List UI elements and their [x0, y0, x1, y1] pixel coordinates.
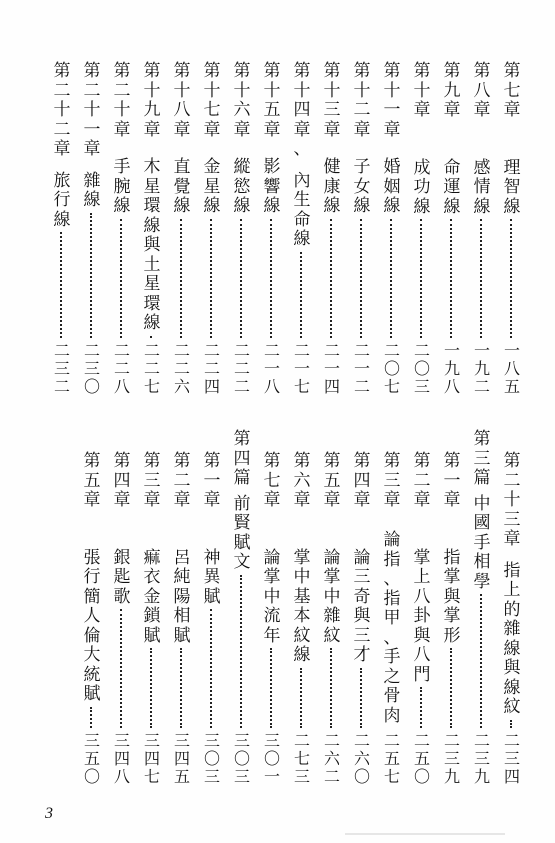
leader-dots [420, 687, 424, 728]
leader-dots [510, 720, 514, 729]
page-reference: 二〇七 [384, 342, 400, 396]
leader-dots [360, 668, 364, 729]
page-reference: 二二二 [234, 342, 250, 396]
chapter-title: 論三奇與三才 [354, 549, 371, 666]
leader-dots [390, 219, 394, 339]
page-reference: 二五七 [384, 732, 400, 786]
chapter-title: 論掌中雜紋 [324, 549, 341, 647]
leader-dots [150, 336, 154, 339]
chapter-title: 銀匙歌 [114, 549, 131, 608]
toc-entry: 第九章命運線一九八 [441, 62, 463, 396]
page-reference: 二三九 [444, 732, 460, 786]
page-reference: 二〇三 [414, 342, 430, 396]
toc-entry: 第四章銀匙歌三四八 [111, 452, 133, 786]
page-reference: 二三〇 [84, 342, 100, 396]
chapter-title: 痲衣金鎖賦 [144, 549, 161, 647]
page-reference: 二二七 [144, 342, 160, 396]
toc-entry: 第七章理智線一八五 [501, 62, 523, 396]
chapter-label: 第二章 [171, 452, 193, 511]
chapter-label: 第一章 [201, 452, 223, 511]
chapter-label: 第五章 [81, 452, 103, 511]
leader-dots [510, 219, 514, 338]
toc-entry: 第一章神異賦三〇三 [201, 452, 223, 786]
chapter-label: 第四章 [111, 452, 133, 511]
chapter-label: 第五章 [321, 452, 343, 511]
toc-entry: 第十五章影響線二一八 [261, 62, 283, 396]
page-reference: 二二八 [114, 342, 130, 396]
chapter-label: 第三篇 [471, 430, 493, 489]
chapter-title: 子女線 [354, 158, 371, 217]
leader-dots [90, 213, 94, 339]
toc-entry: 第七章論掌中流年三〇一 [261, 452, 283, 786]
page-reference: 一九八 [444, 342, 460, 396]
leader-dots [450, 648, 454, 728]
toc-entry: 第十一章婚姻線二〇七 [381, 62, 403, 396]
chapter-title: 雜線 [84, 172, 101, 211]
toc-entry: 第十六章縱慾線二二二 [231, 62, 253, 396]
toc-entry: 第二十二章旅行線二三二 [51, 62, 73, 396]
page-reference: 三四五 [174, 732, 190, 786]
leader-dots [480, 219, 484, 338]
leader-dots [300, 252, 304, 339]
leader-dots [240, 219, 244, 339]
leader-dots [210, 219, 214, 339]
toc-entry: 第一章指掌與掌形二三九 [441, 452, 463, 786]
chapter-title: 木星環線與土星環線 [144, 158, 161, 334]
chapter-title: 指上的雜線與線紋 [504, 562, 521, 718]
leader-dots [330, 219, 334, 339]
page-reference: 三〇三 [204, 732, 220, 786]
chapter-title: 理智線 [504, 159, 521, 218]
chapter-title: 論掌中流年 [264, 549, 281, 647]
chapter-title: 掌中基本紋線 [294, 549, 311, 666]
toc-entry: 第十二章子女線二一二 [351, 62, 373, 396]
leader-dots [150, 648, 154, 728]
chapter-title: 縱慾線 [234, 158, 251, 217]
chapter-label: 第八章 [471, 62, 493, 121]
leader-dots [120, 609, 124, 728]
chapter-title: 指掌與掌形 [444, 549, 461, 647]
chapter-label: 第四章 [351, 452, 373, 511]
chapter-title: 張行簡人倫大統賦 [84, 549, 101, 705]
page-reference: 二一二 [354, 342, 370, 396]
chapter-title: 健康線 [324, 158, 341, 217]
leader-dots [120, 219, 124, 339]
chapter-label: 第二十一章 [81, 62, 103, 160]
chapter-title: 婚姻線 [384, 158, 401, 217]
chapter-title: 論指、指甲、手之骨肉 [384, 531, 401, 726]
chapter-label: 第十六章 [231, 62, 253, 140]
page-reference: 三四八 [114, 732, 130, 786]
chapter-title: 掌上八卦與八門 [414, 549, 431, 686]
chapter-label: 第十八章 [171, 62, 193, 140]
chapter-title: 直覺線 [174, 158, 191, 217]
toc-entry: 第十七章金星線二二四 [201, 62, 223, 396]
chapter-label: 第十五章 [261, 62, 283, 140]
page-reference: 二三二 [54, 342, 70, 396]
leader-dots [270, 219, 274, 339]
page-reference: 二三九 [474, 732, 490, 786]
chapter-label: 第十三章 [321, 62, 343, 140]
chapter-title: 手腕線 [114, 158, 131, 217]
table-of-contents-page: 第七章理智線一八五第八章感情線一九二第九章命運線一九八第十章成功線二〇三第十一章… [0, 0, 555, 843]
leader-dots [210, 609, 214, 728]
toc-entry: 第四章論三奇與三才二六〇 [351, 452, 373, 786]
chapter-label: 第七章 [501, 62, 523, 121]
chapter-label: 第三章 [381, 452, 403, 511]
toc-entry: 第二十三章指上的雜線與線紋二三四 [501, 452, 523, 786]
toc-entry: 第十章成功線二〇三 [411, 62, 433, 396]
chapter-title: 旅行線 [54, 172, 71, 231]
page-reference: 二七三 [294, 732, 310, 786]
toc-entry: 第二章呂純陽相賦三四五 [171, 452, 193, 786]
leader-dots [420, 219, 424, 338]
chapter-label: 第十四章、 [291, 62, 313, 160]
page-reference: 三〇一 [264, 732, 280, 786]
leader-dots [180, 648, 184, 728]
chapter-label: 第二章 [411, 452, 433, 511]
chapter-label: 第七章 [261, 452, 283, 511]
page-reference: 一九二 [474, 342, 490, 396]
toc-part-entry: 第三篇中國手相學二三九 [471, 430, 493, 786]
chapter-label: 第十七章 [201, 62, 223, 140]
chapter-title: 神異賦 [204, 549, 221, 608]
page-reference: 二一七 [294, 342, 310, 396]
leader-dots [240, 575, 244, 729]
leader-dots [270, 648, 274, 728]
chapter-title: 前賢賦文 [234, 495, 251, 573]
chapter-label: 第四篇 [231, 430, 253, 489]
leader-dots [480, 594, 484, 728]
page-reference: 二二四 [204, 342, 220, 396]
page-reference: 二三四 [504, 732, 520, 786]
chapter-label: 第二十三章 [501, 452, 523, 550]
chapter-title: 中國手相學 [474, 495, 491, 593]
chapter-title: 影響線 [264, 158, 281, 217]
toc-entry: 第二十章手腕線二二八 [111, 62, 133, 396]
leader-dots [360, 219, 364, 339]
toc-entry: 第八章感情線一九二 [471, 62, 493, 396]
chapter-title: 成功線 [414, 159, 431, 218]
toc-entry: 第十八章直覺線二二六 [171, 62, 193, 396]
chapter-title: 感情線 [474, 159, 491, 218]
toc-entry: 第二章掌上八卦與八門二五〇 [411, 452, 433, 786]
toc-entry: 第五章論掌中雜紋二六二 [321, 452, 343, 786]
toc-entry: 第十四章、內生命線二一七 [291, 62, 313, 396]
toc-entry: 第六章掌中基本紋線二七三 [291, 452, 313, 786]
leader-dots [60, 232, 64, 338]
chapter-title: 命運線 [444, 159, 461, 218]
leader-dots [90, 707, 94, 729]
page-reference: 二五〇 [414, 732, 430, 786]
page-reference: 一八五 [504, 342, 520, 396]
leader-dots [450, 219, 454, 338]
toc-entry: 第二十一章雜線二三〇 [81, 62, 103, 396]
chapter-label: 第十九章 [141, 62, 163, 140]
chapter-title: 內生命線 [294, 172, 311, 250]
toc-entry: 第十三章健康線二一四 [321, 62, 343, 396]
leader-dots [330, 648, 334, 728]
toc-entry: 第十九章木星環線與土星環線二二七 [141, 62, 163, 396]
chapter-label: 第六章 [291, 452, 313, 511]
page-reference: 三四七 [144, 732, 160, 786]
page-reference: 三五〇 [84, 732, 100, 786]
page-number: 3 [45, 805, 53, 823]
chapter-label: 第二十二章 [51, 62, 73, 160]
page-reference: 三〇三 [234, 732, 250, 786]
page-reference: 二一八 [264, 342, 280, 396]
scan-artifact [345, 833, 505, 835]
toc-part-entry: 第四篇前賢賦文三〇三 [231, 430, 253, 786]
toc-entry: 第三章痲衣金鎖賦三四七 [141, 452, 163, 786]
chapter-label: 第二十章 [111, 62, 133, 140]
page-reference: 二六〇 [354, 732, 370, 786]
leader-dots [300, 668, 304, 729]
chapter-label: 第三章 [141, 452, 163, 511]
chapter-title: 金星線 [204, 158, 221, 217]
page-reference: 二六二 [324, 732, 340, 786]
chapter-label: 第九章 [441, 62, 463, 121]
chapter-label: 第十章 [411, 62, 433, 121]
chapter-title: 呂純陽相賦 [174, 549, 191, 647]
page-reference: 二一四 [324, 342, 340, 396]
toc-entry: 第五章張行簡人倫大統賦三五〇 [81, 452, 103, 786]
chapter-label: 第十二章 [351, 62, 373, 140]
chapter-label: 第十一章 [381, 62, 403, 140]
toc-entry: 第三章論指、指甲、手之骨肉二五七 [381, 452, 403, 786]
leader-dots [180, 219, 184, 339]
chapter-label: 第一章 [441, 452, 463, 511]
page-reference: 二二六 [174, 342, 190, 396]
